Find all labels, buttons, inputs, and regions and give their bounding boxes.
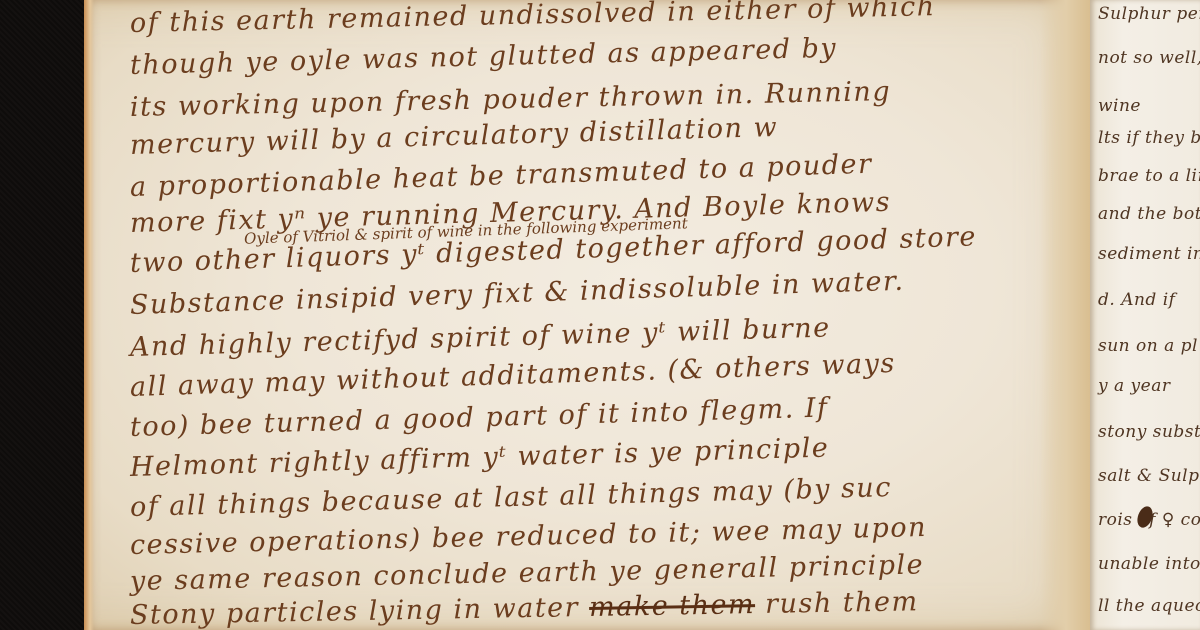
facing-line: brae to a lim (1098, 166, 1200, 186)
facing-line: stony substan (1098, 422, 1200, 442)
facing-line: not so well, (1098, 48, 1200, 68)
page-gutter (1040, 0, 1092, 630)
manuscript-text: Stony particles lying in water (130, 592, 580, 630)
facing-line: d. And if (1098, 290, 1175, 310)
facing-line: salt & Sulphurs (1098, 466, 1200, 486)
struck-out-text: make them (589, 589, 755, 623)
manuscript-line: though ye oyle was not glutted as appear… (130, 33, 838, 81)
manuscript-page-left: of this earth remained undissolved in ei… (84, 0, 1090, 630)
facing-line: sun on a pl (1098, 336, 1198, 356)
facing-line: ll the aqueous (1098, 596, 1200, 616)
facing-line: unable into one (1098, 554, 1200, 574)
manuscript-page-right: Sulphur per not so well, wine lts if the… (1090, 0, 1200, 630)
facing-line: and the bottom (1098, 204, 1200, 224)
facing-line: Sulphur per (1098, 4, 1200, 24)
facing-line: lts if they be (1098, 128, 1200, 148)
manuscript-text: rush them (765, 586, 919, 620)
facing-line: sediment in (1098, 244, 1200, 264)
facing-line: y a year (1098, 376, 1170, 396)
dark-backdrop (0, 0, 84, 630)
facing-line: wine (1098, 96, 1141, 116)
